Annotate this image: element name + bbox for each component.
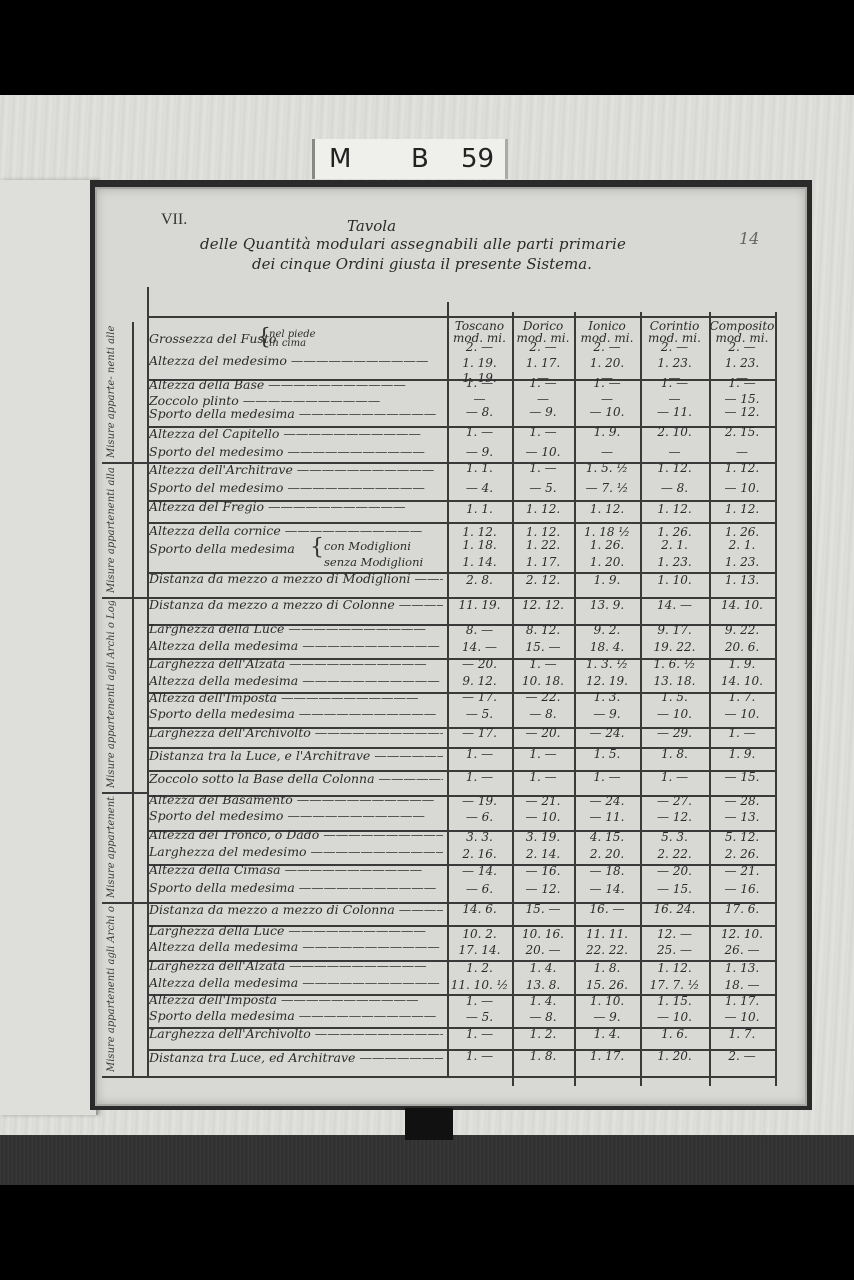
table-cell: 2. — [640, 340, 709, 354]
table-cell: — 27. [640, 794, 709, 808]
row-label: Altezza dell'Architrave ——————————— [149, 462, 443, 477]
table-cell: 1. — [512, 747, 574, 761]
table-cell: 1. 1. [447, 502, 512, 516]
table-cell: — 12. [709, 405, 775, 419]
table-cell: 10. 18. [512, 674, 574, 688]
row-label: Sporto del medesimo ——————————— [149, 444, 443, 459]
table-cell: 1. 10. [574, 994, 640, 1008]
table-cell: — 20. [640, 864, 709, 878]
table-cell: 11. 11. [574, 927, 640, 941]
row-label: Altezza della cornice ——————————— [149, 523, 443, 538]
table-cell: — 12. [640, 810, 709, 824]
section-divider [102, 597, 147, 599]
table-cell: — 14. [447, 864, 512, 878]
table-cell: 2. 26. [709, 847, 775, 861]
table-cell: — 15. [709, 770, 775, 784]
table-cell: 1. 12. [574, 502, 640, 516]
table-cell: 1. 5. [574, 747, 640, 761]
table-cell: — 24. [574, 794, 640, 808]
table-cell: 1. 9. [574, 573, 640, 587]
table-cell: — 10. [512, 445, 574, 459]
table-cell: 1. — [709, 726, 775, 740]
table-cell: — 4. [447, 481, 512, 495]
table-cell: 1. 13. [709, 961, 775, 975]
table-cell: — 8. [640, 481, 709, 495]
row-label: Altezza dell'Imposta ——————————— [149, 690, 443, 705]
row-label: Sporto del medesimo ——————————— [149, 480, 443, 495]
table-cell: — 15. [709, 392, 775, 406]
table-cell: 1. — [512, 770, 574, 784]
table-cell: 12. — [640, 927, 709, 941]
table-cell: 1. 14. [447, 555, 512, 569]
table-cell: 2. — [512, 340, 574, 354]
section-divider [102, 902, 147, 904]
section-label: Misure apparte- nenti alle Colonne [106, 326, 130, 458]
table-cell: — [574, 392, 640, 406]
table-cell: 1. 7. [709, 1027, 775, 1041]
table-cell: 16. — [574, 902, 640, 916]
table-cell: 16. 24. [640, 902, 709, 916]
row-label: Larghezza dell'Alzata ——————————— [149, 958, 443, 973]
table-cell: 1. — [447, 747, 512, 761]
table-cell: 1. 12. [640, 502, 709, 516]
row-label: Larghezza dell'Alzata ——————————— [149, 656, 443, 671]
table-cell: 5. 12. [709, 830, 775, 844]
table-cell: 2. — [709, 1049, 775, 1063]
table-cell: 1. 9. [709, 657, 775, 671]
table-cell: — 24. [574, 726, 640, 740]
table-cell: 1. — [574, 376, 640, 390]
table-cell: — 21. [512, 794, 574, 808]
table-cell: 1. — [447, 770, 512, 784]
table-cell: — 6. [447, 882, 512, 896]
left-book-page [0, 180, 98, 1115]
table-cell: — 5. [447, 707, 512, 721]
brace-icon: { [310, 535, 324, 560]
table-cell: — 6. [447, 810, 512, 824]
table-cell: 1. 12. [640, 961, 709, 975]
table-cell: 9. 22. [709, 623, 775, 637]
table-cell: — [640, 445, 709, 459]
table-cell: 1. 12. [640, 461, 709, 475]
section-divider [102, 1076, 147, 1078]
section-label: Misure appartenenti agli Archi o Logge c… [106, 906, 130, 1072]
table-cell: 1. — [512, 461, 574, 475]
table-cell: 13. 9. [574, 598, 640, 612]
table-cell: 1. — [512, 657, 574, 671]
table-cell: — 5. [447, 1010, 512, 1024]
table-cell: 1. 12. [447, 525, 512, 539]
table-cell: 9. 2. [574, 623, 640, 637]
section-label: Misure appartenenti alla Trabeazione [106, 466, 130, 593]
table-cell: 13. 8. [512, 978, 574, 992]
table-cell: — 10. [709, 707, 775, 721]
table-cell: 1. 26. [640, 525, 709, 539]
table-side-rule [132, 322, 134, 1076]
table-cell: 1. — [512, 376, 574, 390]
row-label: Distanza da mezzo a mezzo di Colonne ———… [149, 597, 443, 612]
table-cell: 14. 10. [709, 674, 775, 688]
background-floor [0, 1135, 854, 1185]
row-sublabel: con Modiglioni [324, 539, 411, 553]
table-cell: 26. — [709, 943, 775, 957]
table-cell: — 21. [709, 864, 775, 878]
table-cell: 1. 17. [512, 356, 574, 370]
row-label: Sporto della medesima ——————————— [149, 706, 443, 721]
table-cell: 1. 22. [512, 538, 574, 552]
table-cell: — 8. [512, 1010, 574, 1024]
table-cell: — 11. [574, 810, 640, 824]
table-cell: 1. 12. [512, 502, 574, 516]
table-cell: 1. 4. [574, 1027, 640, 1041]
row-label: Altezza della Base ——————————— [149, 377, 443, 392]
table-cell: — 8. [447, 405, 512, 419]
table-cell: 2. — [709, 340, 775, 354]
table-cell: 8. 12. [512, 623, 574, 637]
table-cell: — 22. [512, 690, 574, 704]
table-cell: 1. 17. [512, 555, 574, 569]
section-label: Misure appartenenti agli Archi o Logge s… [106, 601, 130, 788]
section-divider [102, 462, 147, 464]
table-cell: 1. — [447, 1049, 512, 1063]
row-label: Distanza tra la Luce, e l'Architrave ———… [149, 748, 443, 763]
table-cell: — 15. [640, 882, 709, 896]
table-cell: 17. 6. [709, 902, 775, 916]
row-label: Altezza del medesimo ——————————— [149, 353, 443, 368]
table-cell: 10. 16. [512, 927, 574, 941]
row-label: Altezza dell'Imposta ——————————— [149, 992, 443, 1007]
table-cell: — 10. [640, 1010, 709, 1024]
table-cell: 2. 1. [709, 538, 775, 552]
row-label: Sporto della medesima ——————————— [149, 406, 443, 421]
table-cell: 1. 5. [640, 690, 709, 704]
table-cell: 15. 26. [574, 978, 640, 992]
row-label: Distanza tra Luce, ed Architrave ———————… [149, 1050, 443, 1065]
table-cell: 1. 12. [512, 525, 574, 539]
table-cell: 1. — [447, 994, 512, 1008]
book-clip [405, 1108, 453, 1140]
table-cell: 1. — [512, 425, 574, 439]
table-cell: 4. 15. [574, 830, 640, 844]
table-cell: — 20. [512, 726, 574, 740]
table-cell: — 10. [709, 481, 775, 495]
table-cell: 14. — [447, 640, 512, 654]
row-label: Zoccolo sotto la Base della Colonna ————… [149, 771, 443, 786]
table-cell: 1. 8. [640, 747, 709, 761]
table-cell: 1. 23. [640, 356, 709, 370]
table-cell: 1. 23. [640, 555, 709, 569]
table-header-rule [147, 316, 775, 318]
table-cell: 1. 12. [709, 461, 775, 475]
table-cell: 11. 19. [447, 598, 512, 612]
table-cell: 1. 1. [447, 461, 512, 475]
table-cell: 9. 12. [447, 674, 512, 688]
table-cell: — 10. [709, 1010, 775, 1024]
table-cell: 3. 19. [512, 830, 574, 844]
row-label: Altezza della medesima ——————————— [149, 673, 443, 688]
table-cell: 12. 19. [574, 674, 640, 688]
table-cell: 25. — [640, 943, 709, 957]
table-cell: — 8. [512, 707, 574, 721]
table-cell: 1. — [640, 770, 709, 784]
row-label: Altezza del Fregio ——————————— [149, 499, 443, 514]
archive-label-part: 59 [461, 144, 494, 174]
table-cell: 1. — [640, 376, 709, 390]
table-cell: 1. 8. [574, 961, 640, 975]
table-cell: — 28. [709, 794, 775, 808]
row-label: Sporto della medesima ——————————— [149, 880, 443, 895]
table-cell: 1. 26. [709, 525, 775, 539]
table-cell: 20. 6. [709, 640, 775, 654]
row-label: Sporto del medesimo ——————————— [149, 808, 443, 823]
table-cell: 1. 26. [574, 538, 640, 552]
table-cell: 1. 5. ½ [574, 461, 640, 475]
row-sublabel: senza Modiglioni [324, 555, 423, 569]
table-cell: 2. 14. [512, 847, 574, 861]
table-cell: 1. — [447, 376, 512, 390]
table-cell: 17. 14. [447, 943, 512, 957]
table-cell: 8. — [447, 623, 512, 637]
table-rule [147, 1076, 775, 1078]
row-label: Altezza del Tronco, o Dado ——————————— [149, 827, 443, 842]
table-cell: — 9. [574, 1010, 640, 1024]
row-label: Altezza della Cimasa ——————————— [149, 862, 443, 877]
row-label: Larghezza del medesimo ——————————— [149, 844, 443, 859]
table-cell: — [640, 392, 709, 406]
table-cell: 2. 1. [640, 538, 709, 552]
table-cell: 14. — [640, 598, 709, 612]
table-cell: 1. 23. [709, 356, 775, 370]
table-cell: 9. 17. [640, 623, 709, 637]
table-cell: 15. — [512, 902, 574, 916]
table-cell: 12. 12. [512, 598, 574, 612]
table-cell: — 11. [640, 405, 709, 419]
row-label: Larghezza della Luce ——————————— [149, 621, 443, 636]
table-cell: 2. 8. [447, 573, 512, 587]
table-cell: 1. 3. ½ [574, 657, 640, 671]
table-cell: 1. — [447, 425, 512, 439]
table-cell: 18. — [709, 978, 775, 992]
table-cell: — [447, 392, 512, 406]
archive-label-part: B [411, 144, 429, 174]
table-cell: — 13. [709, 810, 775, 824]
table-cell: 2. 20. [574, 847, 640, 861]
table-cell: — 9. [512, 405, 574, 419]
table-cell: 1. 17. [574, 1049, 640, 1063]
section-divider [102, 792, 147, 794]
table-cell: 14. 10. [709, 598, 775, 612]
table-cell: 1. — [709, 376, 775, 390]
modular-quantities-table: Misure apparte- nenti alle ColonneMisure… [97, 189, 805, 1104]
table-cell: 1. 18. [447, 538, 512, 552]
photograph-frame: M B 59 VII. Tavola delle Quantità modula… [0, 95, 854, 1185]
table-cell: 2. — [574, 340, 640, 354]
table-cell: — 14. [574, 882, 640, 896]
row-label: Distanza da mezzo a mezzo di Modiglioni … [149, 571, 443, 586]
table-cell: — 20. [447, 657, 512, 671]
table-cell: 3. 3. [447, 830, 512, 844]
table-cell: 2. 16. [447, 847, 512, 861]
row-label: Altezza della medesima ——————————— [149, 975, 443, 990]
archive-label-part: M [329, 144, 351, 174]
table-cell: 17. 7. ½ [640, 978, 709, 992]
table-cell: 1. 9. [574, 425, 640, 439]
table-cell: — 5. [512, 481, 574, 495]
table-cell: — 17. [447, 690, 512, 704]
archive-label-card: M B 59 [312, 139, 508, 179]
table-cell: 12. 10. [709, 927, 775, 941]
row-label: Altezza del Basamento ——————————— [149, 792, 443, 807]
table-cell: 1. 20. [640, 1049, 709, 1063]
table-cell: 1. 10. [640, 573, 709, 587]
table-cell: 18. 4. [574, 640, 640, 654]
table-cell: — 29. [640, 726, 709, 740]
section-label: Misure appartenenti al Piedestallo [106, 796, 130, 898]
table-cell: — 10. [512, 810, 574, 824]
table-cell: — 9. [447, 445, 512, 459]
table-cell: 2. — [447, 340, 512, 354]
table-cell: 1. 3. [574, 690, 640, 704]
table-cell: — 16. [709, 882, 775, 896]
table-cell: 1. 18 ½ [574, 525, 640, 539]
table-cell: 10. 2. [447, 927, 512, 941]
row-label: Larghezza dell'Archivolto ——————————— [149, 1026, 443, 1041]
table-cell: 1. 12. [709, 502, 775, 516]
table-cell: 22. 22. [574, 943, 640, 957]
table-cell: 1. 2. [447, 961, 512, 975]
table-cell: 1. 4. [512, 961, 574, 975]
table-cell: 1. 7. [709, 690, 775, 704]
table-cell: 1. 9. [709, 747, 775, 761]
row-label: Altezza del Capitello ——————————— [149, 426, 443, 441]
table-cell: 1. 19. [447, 356, 512, 370]
table-cell: 1. 17. [709, 994, 775, 1008]
row-label: Altezza della medesima ——————————— [149, 638, 443, 653]
table-cell: 14. 6. [447, 902, 512, 916]
table-cell: — [512, 392, 574, 406]
row-label: Larghezza dell'Archivolto ——————————— [149, 725, 443, 740]
table-cell: 13. 18. [640, 674, 709, 688]
table-cell: 1. 20. [574, 356, 640, 370]
table-cell: 1. 6. ½ [640, 657, 709, 671]
table-cell: 1. — [574, 770, 640, 784]
table-cell: — 16. [512, 864, 574, 878]
table-cell: — [574, 445, 640, 459]
table-cell: 1. — [447, 1027, 512, 1041]
table-column-rule [775, 312, 777, 1086]
table-cell: 15. — [512, 640, 574, 654]
manuscript-page: VII. Tavola delle Quantità modulari asse… [95, 187, 807, 1106]
table-cell: — 12. [512, 882, 574, 896]
table-cell: 1. 2. [512, 1027, 574, 1041]
table-cell: 19. 22. [640, 640, 709, 654]
row-label: Sporto della medesima ——————————— [149, 1008, 443, 1023]
table-cell: 2. 12. [512, 573, 574, 587]
table-cell: 1. 6. [640, 1027, 709, 1041]
table-cell: 1. 20. [574, 555, 640, 569]
table-cell: 1. 8. [512, 1049, 574, 1063]
table-cell: 11. 10. ½ [447, 978, 512, 992]
table-cell: 20. — [512, 943, 574, 957]
table-cell: — 17. [447, 726, 512, 740]
row-sublabel: in cima [269, 338, 306, 349]
table-cell: — 10. [574, 405, 640, 419]
table-cell: 2. 15. [709, 425, 775, 439]
row-label: Altezza della medesima ——————————— [149, 939, 443, 954]
table-cell: 1. 15. [640, 994, 709, 1008]
row-label: Distanza da mezzo a mezzo di Colonna ———… [149, 902, 443, 917]
table-cell: — 9. [574, 707, 640, 721]
table-cell: 2. 10. [640, 425, 709, 439]
table-cell: — 18. [574, 864, 640, 878]
table-cell: 1. 23. [709, 555, 775, 569]
table-cell: 2. 22. [640, 847, 709, 861]
table-cell: — [709, 445, 775, 459]
row-label: Larghezza della Luce ——————————— [149, 923, 443, 938]
table-cell: — 7. ½ [574, 481, 640, 495]
table-cell: — 10. [640, 707, 709, 721]
table-cell: 1. 13. [709, 573, 775, 587]
table-cell: 1. 4. [512, 994, 574, 1008]
table-cell: 5. 3. [640, 830, 709, 844]
table-cell: — 19. [447, 794, 512, 808]
